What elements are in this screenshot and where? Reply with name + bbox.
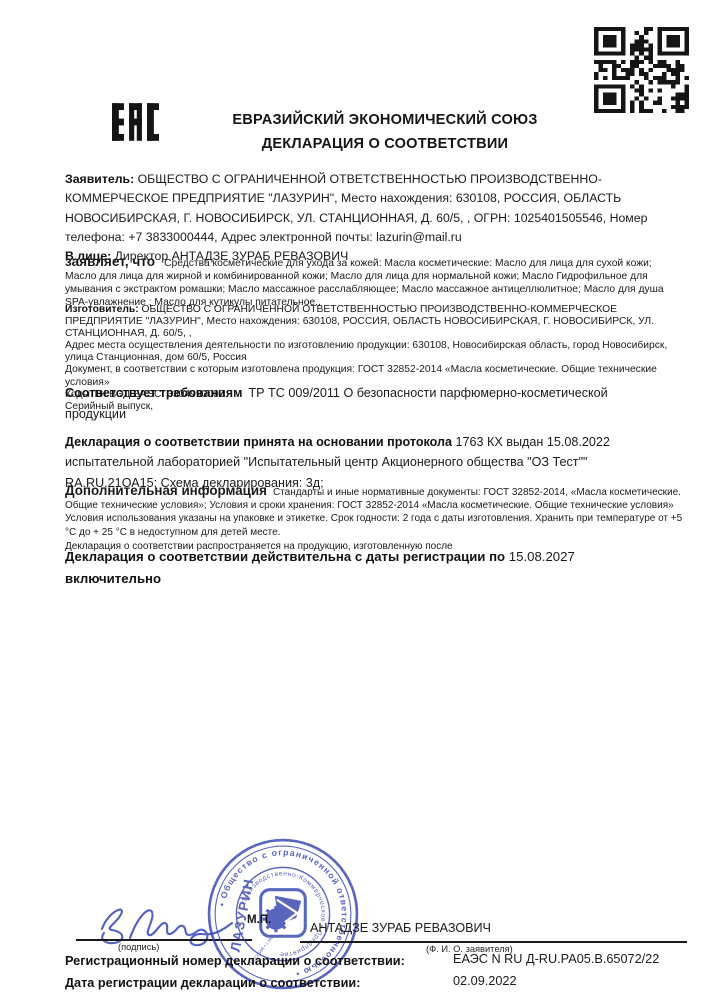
declares-label: заявляет, что bbox=[65, 254, 155, 269]
basis-label: Декларация о соответствии принята на осн… bbox=[65, 435, 452, 449]
declares-text: Средства косметические для ухода за коже… bbox=[65, 258, 664, 308]
declares-paragraph: заявляет, чтоСредства косметические для … bbox=[65, 255, 685, 309]
registration-date-label: Дата регистрации декларации о соответств… bbox=[65, 976, 360, 990]
full-name-line bbox=[300, 941, 687, 943]
manufacturer-label: Изготовитель: bbox=[65, 304, 139, 315]
document-title: ДЕКЛАРАЦИЯ О СООТВЕТСТВИИ bbox=[65, 136, 705, 152]
additional-info-label: Дополнительная информация bbox=[65, 483, 267, 498]
manufacturer-paragraph: Изготовитель: ОБЩЕСТВО С ОГРАНИЧЕННОЙ ОТ… bbox=[65, 304, 681, 340]
validity-suffix: включительно bbox=[65, 568, 685, 590]
registration-number-label: Регистрационный номер декларации о соотв… bbox=[65, 954, 405, 968]
conformity-paragraph: Соответствует требованиямТР ТС 009/2011 … bbox=[65, 383, 650, 425]
signature-caption: (подпись) bbox=[118, 942, 159, 952]
declaration-document: ЕВРАЗИЙСКИЙ ЭКОНОМИЧЕСКИЙ СОЮЗ ДЕКЛАРАЦИ… bbox=[0, 0, 708, 1000]
validity-line: Декларация о соответствии действительна … bbox=[65, 546, 685, 568]
registration-number-value: ЕАЭС N RU Д-RU.РА05.В.65072/22 bbox=[453, 952, 659, 966]
additional-info-paragraph: Дополнительная информацияСтандарты и ины… bbox=[65, 484, 687, 539]
stamp-place-caption: М.П. bbox=[247, 914, 271, 926]
union-title: ЕВРАЗИЙСКИЙ ЭКОНОМИЧЕСКИЙ СОЮЗ bbox=[65, 112, 705, 128]
conformity-label: Соответствует требованиям bbox=[65, 386, 242, 400]
applicant-paragraph: Заявитель: ОБЩЕСТВО С ОГРАНИЧЕННОЙ ОТВЕТ… bbox=[65, 170, 665, 248]
validity-date: 15.08.2027 bbox=[505, 549, 575, 564]
validity-block: Декларация о соответствии действительна … bbox=[65, 546, 685, 590]
registration-date-value: 02.09.2022 bbox=[453, 974, 517, 988]
applicant-full-name: АНТАДЗЕ ЗУРАБ РЕВАЗОВИЧ bbox=[310, 921, 491, 935]
stamp-center-emblem bbox=[261, 890, 306, 937]
manufacturer-text: ОБЩЕСТВО С ОГРАНИЧЕННОЙ ОТВЕТСТВЕННОСТЬЮ… bbox=[65, 304, 654, 339]
applicant-text: ОБЩЕСТВО С ОГРАНИЧЕННОЙ ОТВЕТСТВЕННОСТЬЮ… bbox=[65, 172, 647, 244]
validity-label: Декларация о соответствии действительна … bbox=[65, 549, 505, 564]
additional-info-block: Дополнительная информацияСтандарты и ины… bbox=[65, 484, 687, 553]
manufacturer-address-line: Адрес места осуществления деятельности п… bbox=[65, 340, 681, 364]
qr-code-icon bbox=[594, 27, 689, 113]
applicant-label: Заявитель: bbox=[65, 172, 134, 186]
document-header: ЕВРАЗИЙСКИЙ ЭКОНОМИЧЕСКИЙ СОЮЗ ДЕКЛАРАЦИ… bbox=[65, 112, 705, 152]
